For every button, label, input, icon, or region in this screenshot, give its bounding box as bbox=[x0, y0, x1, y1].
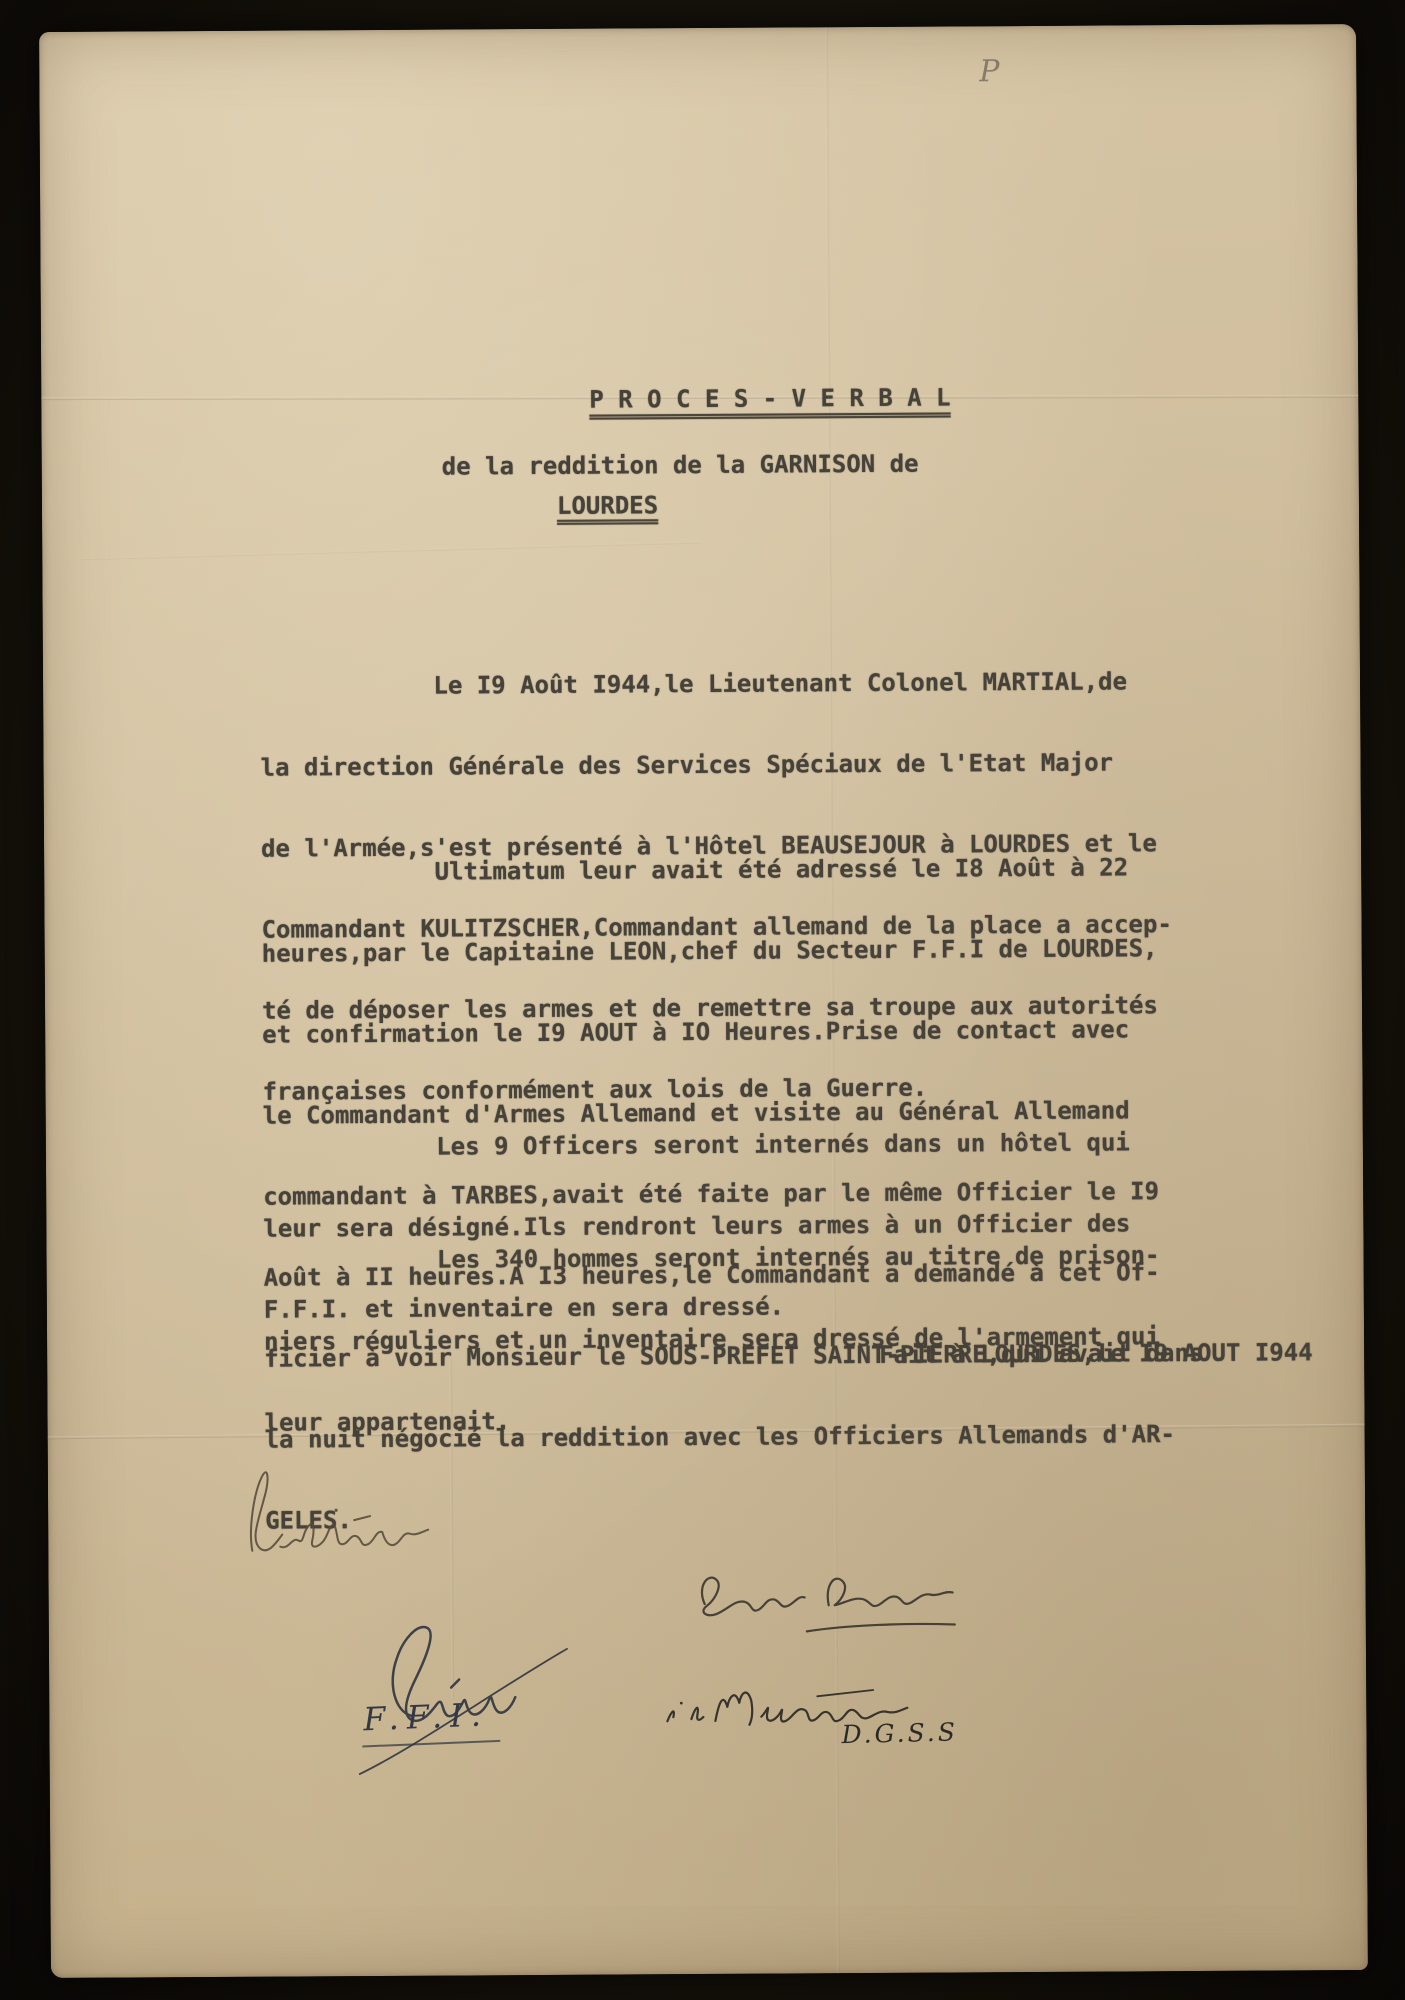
typed-line: heures,par le Capitaine LEON,chef du Sec… bbox=[262, 935, 1201, 968]
typed-line: et confirmation le I9 AOUT à IO Heures.P… bbox=[262, 1016, 1201, 1049]
signature-caption-ffi: F.F.I. bbox=[360, 1695, 499, 1748]
typed-line: Ultimatum leur avait été adressé le I8 A… bbox=[261, 854, 1200, 887]
document-page: P P R O C E S - V E R B A L de la reddit… bbox=[39, 24, 1368, 1978]
signature-kulitzscher bbox=[236, 1458, 437, 1574]
typed-line: leur appartenait. bbox=[264, 1404, 1160, 1436]
pencil-mark: P bbox=[979, 54, 999, 89]
photographed-document-background: P P R O C E S - V E R B A L de la reddit… bbox=[0, 0, 1405, 2000]
document-subtitle: de la reddition de la GARNISON de bbox=[442, 451, 919, 481]
signature-saint-pierre bbox=[686, 1546, 967, 1648]
typed-line: Les 340 hommes seront internés au titre … bbox=[263, 1242, 1159, 1274]
typed-line: Les 9 Officers seront internés dans un h… bbox=[263, 1129, 1130, 1161]
typed-line: Le I9 Août I944,le Lieutenant Colonel MA… bbox=[260, 668, 1170, 701]
document-subtitle-place: LOURDES bbox=[557, 492, 658, 520]
fold-crease-diagonal bbox=[82, 542, 702, 561]
signature-caption-dgss: D.G.S.S bbox=[841, 1717, 958, 1749]
document-title: P R O C E S - V E R B A L bbox=[589, 383, 950, 413]
typed-line: la direction Générale des Services Spéci… bbox=[260, 749, 1170, 782]
dateline: Fait à LOURDES,le I9 AOUT I944 bbox=[879, 1339, 1313, 1369]
